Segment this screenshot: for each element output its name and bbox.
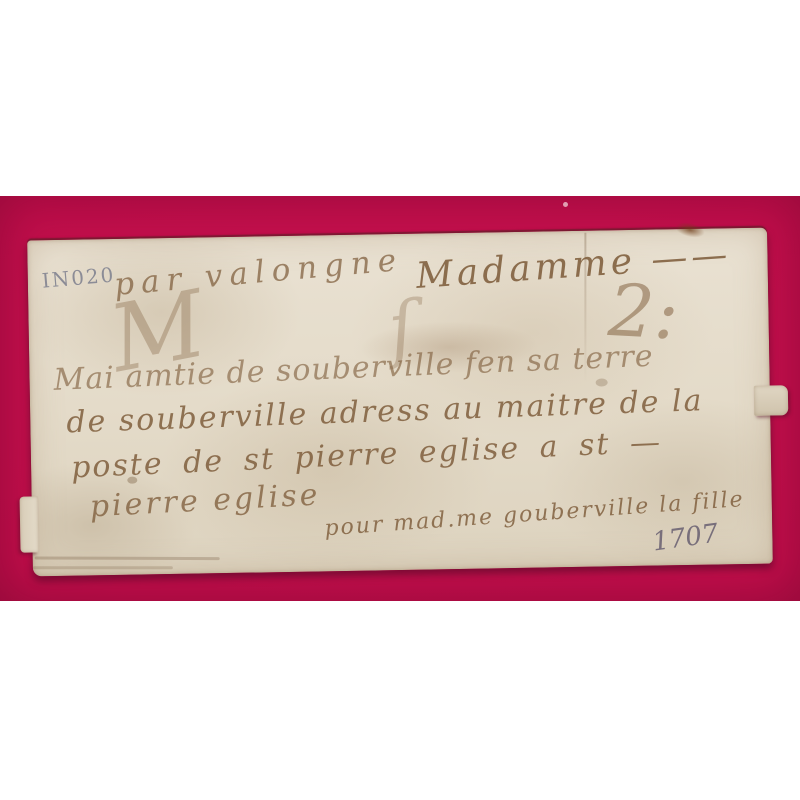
paper-fold-tab-right [754, 385, 789, 416]
stacked-sheet-edge [35, 556, 220, 560]
year-mark-1707: 1707 [651, 519, 721, 558]
salutation-madamme: Madamme —— [415, 234, 733, 297]
red-mat-background: IN020 par valongne Madamme —— M ſ 2: Mai… [0, 196, 800, 601]
stacked-sheet-edge [33, 566, 173, 569]
folded-letter-cover: IN020 par valongne Madamme —— M ſ 2: Mai… [27, 228, 773, 577]
paper-fold-tab-left [20, 496, 39, 552]
product-photo: IN020 par valongne Madamme —— M ſ 2: Mai… [0, 0, 800, 800]
mat-dust-speck [563, 202, 568, 207]
address-line-4: pierre eglise [89, 477, 321, 524]
paper-spot [596, 378, 608, 386]
